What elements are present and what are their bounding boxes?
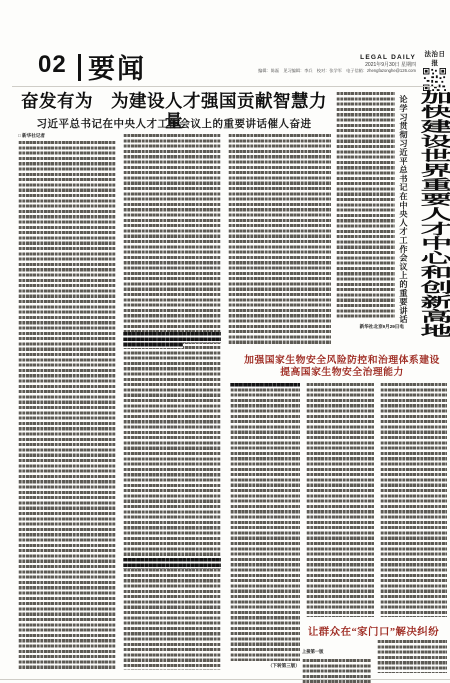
- lead-bold-subhead-1b: [123, 343, 183, 348]
- section-title: 要闻: [88, 47, 146, 86]
- editorial-body-column: [336, 92, 395, 320]
- lead-body-column-3: [228, 134, 331, 346]
- lead-body-column-1: [18, 141, 116, 670]
- newspaper-page: 02 要闻 LEGAL DAILY 2021年9月30日 星期四 编辑：陈磊 见…: [0, 0, 450, 683]
- header-rule: [12, 86, 438, 87]
- masthead-brand-block: 法治日报: [423, 49, 447, 91]
- qr-code: [423, 68, 446, 91]
- dispute-headline: 让群众在“家门口”解决纠纷: [300, 623, 447, 638]
- masthead-info: LEGAL DAILY 2021年9月30日 星期四 编辑：陈磊 见习编辑：李兵…: [216, 54, 416, 74]
- biosafety-jump-note: （下转第三版）: [230, 663, 300, 669]
- lead-bold-subhead-2: [123, 558, 221, 569]
- page-number: 02: [38, 51, 67, 79]
- lead-body-column-2: [123, 134, 221, 670]
- biosafety-headline-line2: 提高国家生物安全治理能力: [237, 364, 447, 378]
- lead-byline: □ 新华社记者: [18, 133, 116, 139]
- dispute-body-column-2: [377, 640, 447, 673]
- biosafety-body-column-2: [306, 383, 374, 617]
- biosafety-body-column-3: [380, 383, 447, 617]
- masthead-brand-cn: 法治日报: [423, 49, 447, 67]
- editorial-attribution: 新华社北京9月29日电: [336, 324, 404, 330]
- masthead-staff-line: 编辑：陈磊 见习编辑：李兵 校对：张学军 电子信箱：zhengfazonghe@…: [216, 68, 416, 73]
- dispute-body-column-1: 上接第一版: [302, 640, 371, 673]
- masthead-brand-en: LEGAL DAILY: [216, 54, 416, 62]
- lead-bold-subhead-1: [123, 332, 221, 343]
- dispute-continuation-note: 上接第一版: [302, 649, 323, 654]
- editorial-vertical-subtitle: 论学习贯彻习近平总书记在中央人才工作会议上的重要讲话: [398, 95, 409, 339]
- header-divider: [78, 54, 81, 81]
- biosafety-body-column-1: [230, 383, 300, 661]
- editorial-vertical-title: 加快建设世界重要人才中心和创新高地: [412, 90, 450, 340]
- lead-subtitle: 习近平总书记在中央人才工作会议上的重要讲话催人奋进: [16, 116, 332, 131]
- biosafety-bold-leadin: [230, 383, 300, 388]
- bottom-rule: [0, 679, 450, 680]
